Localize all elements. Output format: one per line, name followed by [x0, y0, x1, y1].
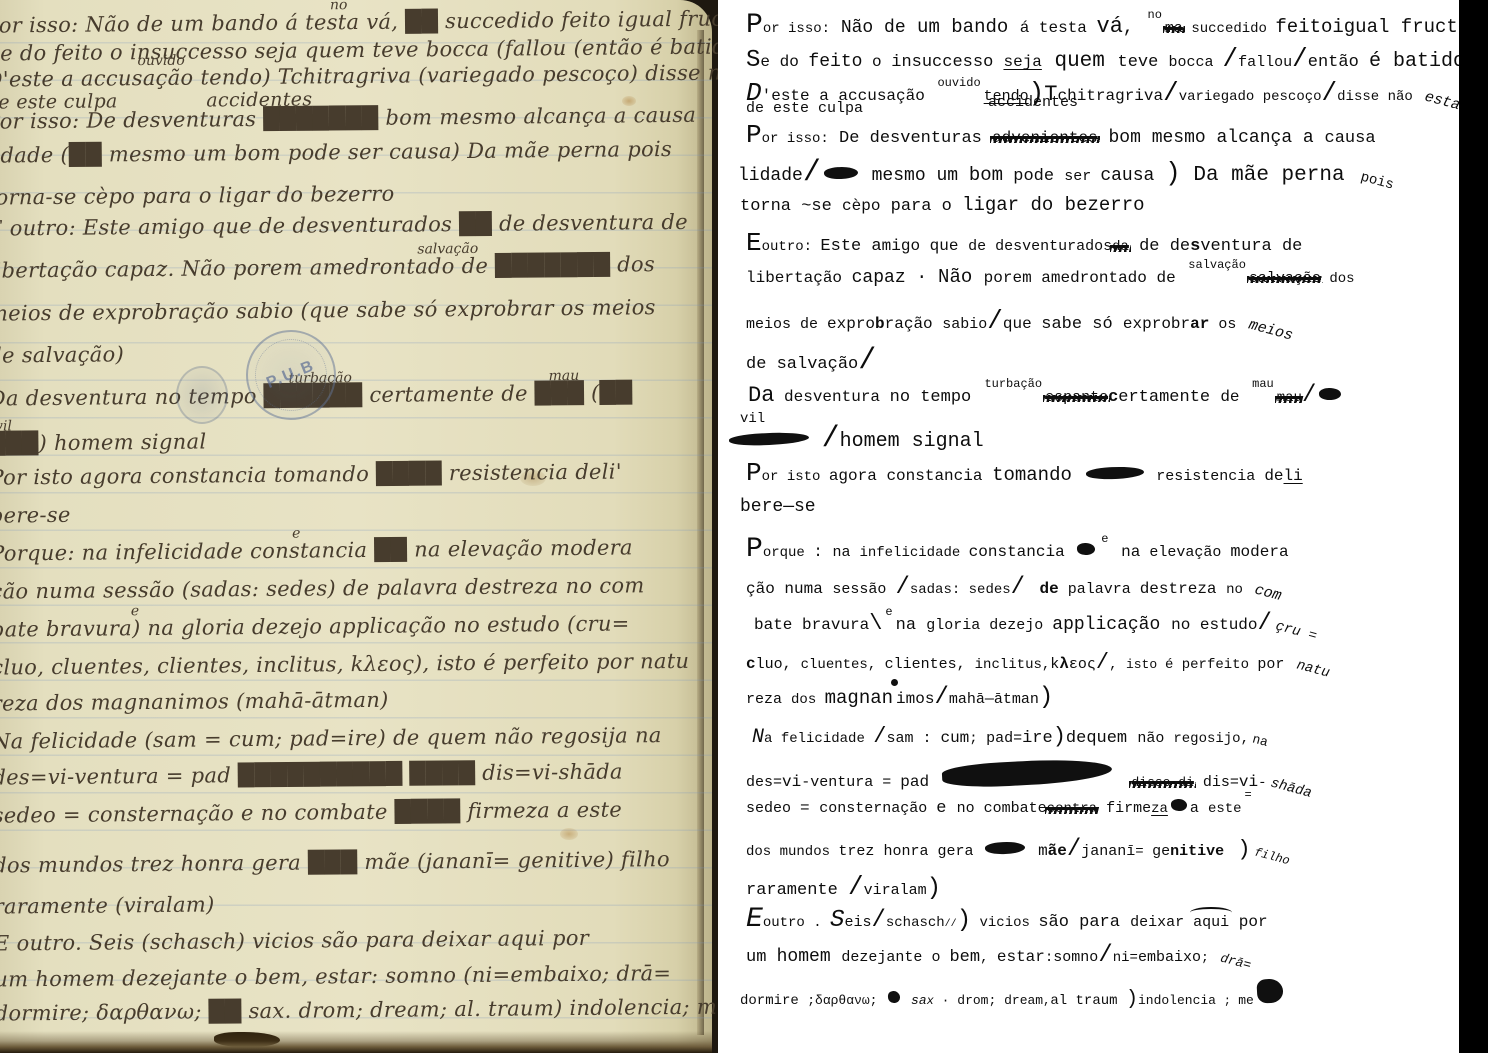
word: bere—se: [740, 498, 816, 516]
word: dormire: [740, 994, 807, 1008]
interline-correction: e: [1101, 533, 1108, 545]
word: bocca: [1169, 55, 1223, 70]
transcription-line: bere—se: [740, 498, 816, 516]
word: a: [764, 732, 781, 746]
word: outro:: [762, 240, 821, 254]
word: ;: [807, 994, 815, 1007]
manuscript-page: Por isso: Não de um bando á testa vá, ██…: [0, 0, 712, 1053]
manuscript-line: reza dos magnanimos (mahā-ātman): [0, 688, 389, 716]
transcription-line: raramente /viralam): [746, 874, 941, 901]
word: lidade: [738, 167, 803, 185]
interline-correction: e: [292, 526, 300, 542]
word: mesmo um: [861, 167, 969, 185]
manuscript-line-text: um homem dezejante o bem, estar: somno (…: [0, 961, 671, 991]
word: Da: [748, 385, 774, 407]
word: shāda: [1269, 776, 1313, 800]
word: /: [1096, 652, 1109, 674]
interline-correction: ouvido: [937, 77, 980, 89]
word: a: [1190, 801, 1208, 816]
word: estar: [997, 949, 1045, 965]
manuscript-line-text: sedeo = consternação e no combate ████ f…: [0, 798, 622, 828]
word: feito: [1275, 18, 1332, 37]
word: gloria: [926, 618, 989, 633]
word: ,: [1123, 19, 1145, 37]
word: dos: [791, 693, 825, 707]
word: por: [1229, 914, 1267, 930]
interline-correction: =: [1245, 789, 1252, 801]
word: or isto: [762, 470, 829, 484]
word: variegado pescoço: [1179, 90, 1322, 104]
transcription-line: Da desventura no tempo turbaçãoespantece…: [748, 384, 1344, 408]
transcription-line: Eoutro: Este amigo que de desventuradosd…: [746, 230, 1302, 256]
word: /: [1067, 838, 1081, 862]
word: orque: [763, 546, 813, 560]
word: de desventurados: [968, 239, 1112, 254]
word: odera: [1241, 544, 1289, 560]
interline-correction: e: [885, 606, 892, 618]
word: isto: [1126, 658, 1165, 671]
word: =: [800, 800, 819, 816]
manuscript-line: Por isto agora constancia tomando ████ r…: [0, 460, 622, 490]
word: na: [832, 545, 859, 560]
word: succedido: [1183, 22, 1275, 36]
struck-word: ma: [1165, 21, 1183, 36]
word: :: [813, 544, 832, 560]
word: ): [1224, 839, 1250, 861]
word: elevação: [1140, 545, 1230, 560]
manuscript-line: dormire; δαρθανω; ██ sax. drom; dream; a…: [0, 994, 718, 1025]
word: c: [746, 656, 756, 672]
ink-scribble: [824, 166, 859, 180]
word: :: [1045, 951, 1053, 965]
manuscript-line-text: meios de exprobração sabio (que sabe só …: [0, 295, 656, 325]
word: za: [1151, 802, 1168, 816]
manuscript-line-text: de salvação): [0, 342, 124, 367]
transcription-line: de salvação/: [746, 346, 876, 376]
word: gera: [937, 844, 982, 859]
word: \: [869, 613, 882, 635]
word: b: [875, 316, 885, 332]
manuscript-line: D'este a accusação tendo) Tchitragriva (…: [0, 60, 718, 92]
word: amedrontado de: [1041, 270, 1185, 286]
word: ge: [1152, 844, 1170, 859]
manuscript-line-text: ção numa sessão (sadas: sedes) de palavr…: [0, 573, 645, 603]
transcription-line: reza dos magnanimos/mahā—ātman): [746, 686, 1053, 710]
word: firme: [1097, 801, 1151, 816]
word: meios de: [746, 317, 827, 332]
manuscript-scan-pane: Por isso: Não de um bando á testa vá, ██…: [0, 0, 718, 1053]
manuscript-line: ███) homem signalvil: [0, 429, 207, 455]
transcription-line: de este culpaaccidentes: [746, 100, 1078, 116]
word: no tempo: [890, 389, 982, 406]
word: de de: [1129, 238, 1190, 255]
word: cum: [940, 730, 969, 746]
transcription-line: /homem signal: [726, 424, 984, 454]
word: sadas: sedes: [910, 583, 1011, 597]
word: applicação: [1052, 616, 1171, 634]
struck-word: espante: [1045, 390, 1108, 405]
word: é perfeito: [1165, 658, 1257, 672]
word: desventura: [774, 389, 889, 405]
manuscript-line: E outro. Seis (schasch) vicios são para …: [0, 926, 589, 956]
manuscript-line: bate bravura) na gloria dezejo applicaçã…: [0, 611, 630, 641]
word: ;: [1201, 951, 1217, 964]
transcription-pane: Por isso: Não de um bando á testa vá, no…: [718, 0, 1459, 1053]
word: torna ~se: [740, 198, 842, 215]
word: ser: [1064, 169, 1100, 184]
word: mahā—ātman: [949, 692, 1039, 707]
word: dezejo: [989, 618, 1052, 633]
word: para o: [880, 198, 962, 215]
word: /: [1223, 46, 1239, 72]
word: k: [1050, 657, 1059, 672]
word: /: [934, 686, 948, 710]
word: jananī: [1081, 844, 1135, 859]
transcription-line: Porque : na infelicidade constancia e na…: [746, 536, 1289, 564]
struck-word: advenientes: [992, 130, 1098, 146]
word: de este culpa: [746, 101, 863, 116]
manuscript-line-text: Por isto agora constancia tomando ████ r…: [0, 460, 622, 490]
ink-scribble: [1171, 799, 1188, 812]
word: ligar do bezerro: [962, 196, 1144, 215]
word: viralam: [864, 883, 927, 898]
struck-word: mau: [1277, 391, 1302, 405]
word: /: [871, 909, 885, 933]
word: e: [936, 800, 956, 817]
word: causa: [1325, 130, 1376, 147]
word: igual fructo: [1332, 18, 1459, 37]
word: que: [1003, 316, 1041, 332]
word: /: [1292, 46, 1308, 72]
transcription-line: um homem dezejante o bem, estar:somno/ni…: [746, 944, 1250, 968]
word: regosijo: [1173, 732, 1240, 746]
transcription-line: torna ~se cèpo para o ligar do bezerro: [740, 196, 1145, 215]
word: destreza: [1140, 581, 1226, 597]
word: teve: [1118, 54, 1169, 71]
word: E: [746, 906, 763, 934]
word: pois: [1359, 170, 1395, 192]
word: luo,: [756, 657, 801, 672]
word: /: [1258, 612, 1272, 636]
word: no combate: [957, 801, 1047, 816]
word: ar: [1190, 316, 1209, 332]
word: ,: [1043, 995, 1050, 1007]
ink-scribble: [985, 841, 1026, 855]
word: Não de: [830, 19, 906, 37]
word: çru =: [1274, 619, 1318, 643]
word: de: [1264, 468, 1283, 484]
interline-correction: e: [131, 603, 139, 619]
word: De desventuras: [829, 130, 992, 147]
word: trez: [838, 844, 883, 859]
word: ): [1165, 160, 1181, 186]
word: /: [848, 874, 864, 900]
word: li: [1284, 468, 1303, 484]
word: exprobr: [1123, 316, 1190, 332]
manuscript-line-text: bere-se: [0, 503, 71, 528]
word: traum: [1076, 994, 1126, 1008]
word: clientes,: [885, 657, 975, 672]
word: dos mundos: [746, 845, 838, 859]
library-stamp-label: P.U.B: [264, 357, 318, 393]
manuscript-line-text: Porque: na infelicidade constancia ██ na…: [0, 535, 633, 565]
interline-correction: salvação: [417, 241, 478, 258]
word: ;: [1224, 995, 1238, 1007]
struck-word: da: [1112, 240, 1129, 254]
word: -ventura =: [801, 775, 900, 790]
word: por: [1257, 657, 1293, 672]
word: o: [862, 54, 891, 70]
manuscript-line: cluo, cluentes, clientes, inclitus, kλεο…: [0, 649, 689, 680]
word: com: [1253, 583, 1283, 604]
word: λ: [1059, 656, 1069, 672]
word: ): [957, 909, 971, 933]
word: somno: [1053, 950, 1098, 965]
word: aqui: [1193, 915, 1229, 930]
word: ): [1053, 726, 1066, 748]
word: S: [746, 49, 760, 73]
word: ,: [1109, 658, 1126, 672]
transcription-line: ção numa sessão /sadas: sedes/ de palavr…: [746, 576, 1280, 600]
handwritten-text-block: Por isso: Não de um bando á testa vá, ██…: [0, 0, 718, 1053]
word: x: [927, 995, 934, 1007]
word: m: [1230, 544, 1240, 561]
manuscript-line: torna-se cèpo para o ligar do bezerro: [0, 182, 395, 210]
word: eis: [844, 915, 871, 930]
manuscript-line: ção numa sessão (sadas: sedes) de palavr…: [0, 573, 645, 603]
word: accidentes: [988, 95, 1078, 110]
word: bom mesmo alcança a: [1098, 129, 1325, 147]
page-damage-spot: [214, 1032, 280, 1047]
word: dezejante: [841, 950, 931, 965]
word: or isso:: [763, 22, 830, 36]
word: disse não: [1337, 90, 1421, 104]
word: sedeo: [746, 801, 800, 816]
manuscript-line-text: cluo, cluentes, clientes, inclitus, kλεο…: [0, 649, 689, 680]
word: resistencia: [1147, 469, 1264, 484]
word: /: [1163, 80, 1179, 106]
word: vi: [782, 774, 801, 790]
word: filho: [1253, 846, 1291, 867]
word: -: [1258, 776, 1266, 790]
word: é batido·: [1369, 52, 1459, 72]
word: S: [830, 909, 844, 933]
manuscript-line-text: Por isso: Não de um bando á testa vá, ██…: [0, 6, 718, 37]
word: dequem: [1066, 730, 1137, 747]
word: ;: [870, 994, 886, 1007]
word: de: [1220, 389, 1249, 405]
manuscript-line: libertação capaz. Não porem amedrontado …: [0, 252, 655, 282]
interline-correction: mau: [1252, 378, 1274, 390]
word: na: [1112, 544, 1141, 560]
word: magnan: [825, 689, 893, 708]
word: insuccesso: [891, 54, 1003, 71]
word: então: [1308, 54, 1369, 71]
ink-scribble: [1319, 387, 1342, 400]
transcription-line: cluo, cluentes, clientes, inclitus,kλεος…: [746, 652, 1329, 674]
manuscript-line: des=vi-ventura = pad ██████████ ████ dis…: [0, 760, 623, 790]
word: δαρθανω: [815, 994, 870, 1007]
word: /: [987, 308, 1003, 334]
manuscript-line-text: D'este a accusação tendo) Tchitragriva (…: [0, 60, 718, 92]
struck-word: salvação: [1249, 271, 1321, 286]
word: na: [1251, 732, 1269, 749]
word: /: [1322, 80, 1338, 106]
word: fallou: [1238, 55, 1292, 70]
word: /: [1011, 576, 1040, 600]
interline-correction: no: [1148, 9, 1162, 21]
word: infelicidade: [859, 546, 968, 560]
word: bate bravura: [754, 617, 869, 633]
word: no estudo: [1171, 617, 1257, 633]
word: constancia: [969, 544, 1075, 560]
ink-scribble: [1086, 465, 1145, 480]
manuscript-line-text: E outro. Seis (schasch) vicios são para …: [0, 926, 589, 956]
interline-correction: ouvido: [137, 53, 184, 69]
manuscript-line-text: reza dos magnanimos (mahā-ātman): [0, 688, 389, 716]
word: al: [1050, 994, 1075, 1008]
word: ertamente: [1118, 389, 1220, 406]
manuscript-line-text: ███) homem signal: [0, 429, 207, 455]
manuscript-line: meios de exprobração sabio (que sabe só …: [0, 295, 656, 325]
word: agora constancia: [829, 468, 992, 484]
manuscript-line: lidade (██ mesmo um bom pode ser causa) …: [0, 137, 672, 168]
word: sabio: [942, 317, 987, 332]
manuscript-line-text: raramente (viralam): [0, 892, 215, 918]
word: dis=: [1194, 775, 1239, 790]
word: os: [1209, 317, 1245, 332]
manuscript-line: Porque: na infelicidade constancia ██ na…: [0, 535, 633, 565]
word: =: [1135, 845, 1152, 859]
ink-scribble: [729, 431, 810, 447]
struck-word: disse di: [1131, 776, 1193, 789]
word: ·: [934, 994, 957, 1007]
interline-correction: mau: [548, 368, 579, 384]
word: não: [1137, 731, 1173, 746]
word: vicios: [971, 916, 1038, 930]
transcription-line: dos mundos trez honra gera mãe/jananī= g…: [746, 838, 1289, 862]
transcription-line: bate bravura\ena gloria dezejo applicaçã…: [754, 612, 1316, 636]
word: /: [822, 424, 840, 454]
word: causa: [1100, 167, 1165, 185]
ink-scribble: [941, 757, 1112, 790]
word: P: [746, 460, 762, 486]
manuscript-line-text: lidade (██ mesmo um bom pode ser causa) …: [0, 137, 672, 168]
manuscript-line: dos mundos trez honra gera ███ mãe (jana…: [0, 847, 670, 877]
word: P: [746, 536, 763, 564]
manuscript-line: de salvação): [0, 342, 124, 367]
word: expro: [827, 316, 875, 332]
manuscript-line: raramente (viralam): [0, 892, 215, 918]
word: cèpo: [842, 198, 880, 214]
word: no: [1226, 583, 1251, 597]
word: felicidade: [781, 732, 873, 746]
word: /: [803, 158, 821, 188]
manuscript-line-text: dormire; δαρθανω; ██ sax. drom; dream; a…: [0, 994, 718, 1025]
manuscript-line: Por isso: Não de um bando á testa vá, ██…: [0, 6, 718, 37]
word: o: [931, 950, 949, 965]
word: pode: [1003, 168, 1064, 185]
word: capaz ·: [852, 269, 938, 287]
word: vá: [1097, 16, 1123, 38]
manuscript-line-text: dos mundos trez honra gera ███ mãe (jana…: [0, 847, 670, 877]
word: ni=: [1113, 951, 1138, 965]
stamp-smudge: [176, 366, 228, 424]
word: des=: [746, 775, 782, 790]
word: ãe: [1048, 843, 1067, 859]
word: ): [1126, 990, 1138, 1010]
transcription-line: sedeo = consternação e no combatecontra …: [746, 800, 1255, 817]
word: esta: [1423, 90, 1459, 114]
word: P: [746, 12, 763, 40]
word: ,: [980, 951, 997, 965]
word: meios: [1247, 318, 1294, 344]
word: sam :: [886, 731, 940, 746]
interline-correction: salvação: [1188, 259, 1246, 271]
word: honra: [883, 844, 937, 859]
ink-scribble: [1077, 543, 1096, 556]
word: raramente: [746, 882, 848, 899]
word: migo que: [882, 238, 968, 254]
transcription-line: libertação capaz · Não porem amedrontado…: [746, 268, 1355, 287]
transcription-line: des=vi-ventura = pad disse di dis=vi-shā…: [746, 762, 1311, 790]
word: dos: [1321, 272, 1355, 286]
interline-correction: turbação: [984, 378, 1042, 390]
word: bom: [969, 166, 1003, 185]
word: este: [1208, 802, 1242, 816]
manuscript-line: bere-se: [0, 503, 71, 528]
word: ração: [885, 316, 943, 332]
word: ção numa: [746, 581, 832, 597]
transcription-line: meios de exprobração sabio/que sabe só e…: [746, 308, 1292, 334]
transcription-line: Por isso: Não de um bando á testa vá, no…: [746, 12, 1459, 40]
transcription-line: Por isso: De desventuras advenientes bom…: [746, 122, 1376, 148]
word: Não: [938, 268, 984, 287]
manuscript-line: sedeo = consternação e no combate ████ f…: [0, 798, 622, 828]
ink-scribble: [888, 991, 901, 1004]
word: sa: [903, 994, 926, 1007]
interline-correction: no: [330, 0, 348, 13]
manuscript-transcription-view: Por isso: Não de um bando á testa vá, ██…: [0, 0, 1488, 1053]
word: ;: [988, 994, 1004, 1007]
word: feito: [808, 53, 862, 71]
word: de salvação: [746, 356, 858, 373]
word: drā=: [1219, 951, 1253, 972]
word: /: [1302, 384, 1316, 408]
word: cluentes,: [801, 658, 885, 672]
struck-word: contra: [1047, 802, 1097, 816]
manuscript-line: E outro: Este amigo que de desventurados…: [0, 210, 688, 241]
word: εος: [1069, 657, 1096, 672]
word: E: [746, 230, 762, 256]
word: drom: [957, 994, 988, 1007]
manuscript-line-text: des=vi-ventura = pad ██████████ ████ dis…: [0, 760, 623, 790]
right-black-bar: [1459, 0, 1488, 1053]
word: embaixo: [1138, 950, 1201, 965]
manuscript-line: um homem dezejante o bem, estar: somno (…: [0, 961, 671, 991]
word: inclitus,: [975, 658, 1051, 672]
transcription-line: Eoutro . Seis/schasch//) vicios são para…: [746, 906, 1268, 934]
word: ,: [1241, 732, 1249, 746]
word: sessão: [832, 582, 895, 597]
word: consternação: [819, 801, 936, 816]
word: //: [945, 920, 957, 930]
transcription-line: Na felicidade /sam : cum; pad=ire)dequem…: [752, 726, 1267, 748]
manuscript-line-text: E outro: Este amigo que de desventurados…: [0, 210, 688, 241]
interline-correction: vil: [0, 418, 12, 434]
ink-dot: [891, 679, 898, 686]
word: natu: [1295, 658, 1331, 680]
